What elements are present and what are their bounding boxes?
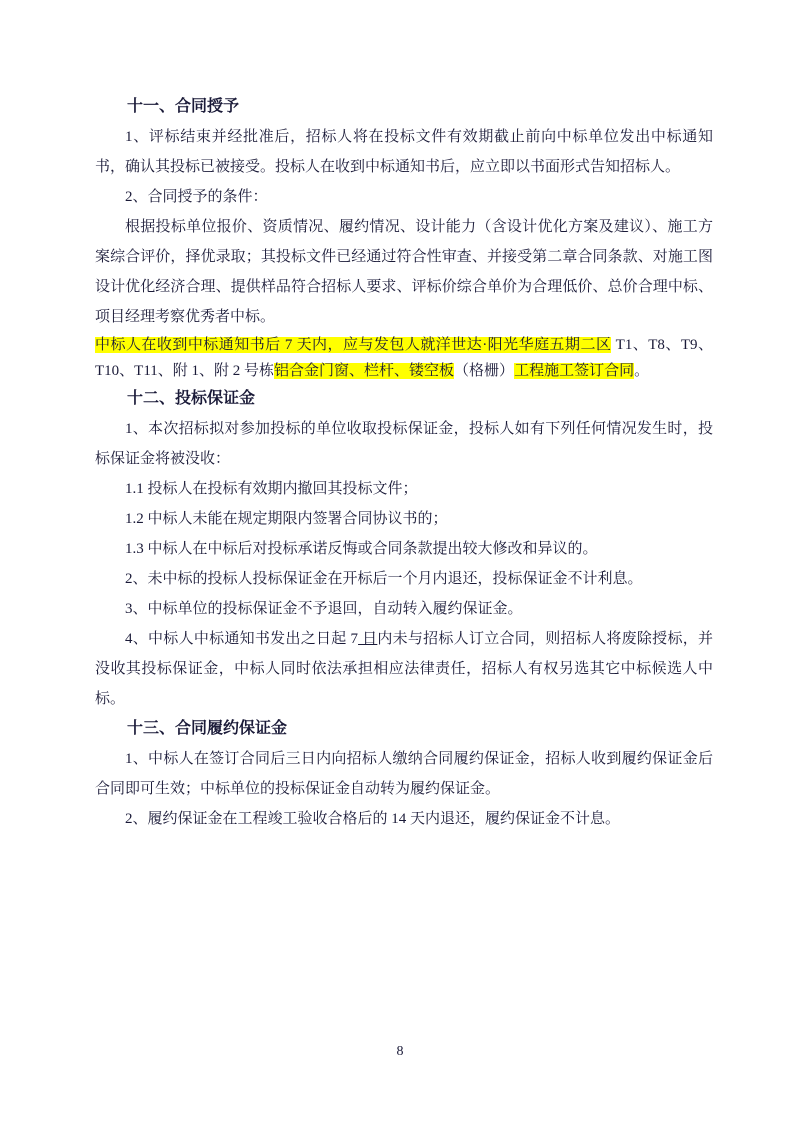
paragraph: 3、中标单位的投标保证金不予退回，自动转入履约保证金。: [95, 594, 713, 624]
underline-paragraph: 4、中标人中标通知书发出之日起 7 日内未与招标人订立合同，则招标人将废除授标，…: [95, 624, 713, 714]
highlight-segment: 铝合金门窗、栏杆、镂空板: [274, 363, 454, 379]
document-content: 十一、合同授予 1、评标结束并经批准后，招标人将在投标文件有效期截止前向中标单位…: [95, 92, 713, 834]
paragraph: 1、评标结束并经批准后，招标人将在投标文件有效期截止前向中标单位发出中标通知书，…: [95, 122, 713, 182]
section-heading-11: 十一、合同授予: [95, 92, 713, 122]
section-heading-12: 十二、投标保证金: [95, 384, 713, 414]
paragraph: 2、合同授予的条件：: [95, 182, 713, 212]
plain-segment: 。: [634, 363, 649, 379]
paragraph: 1、本次招标拟对参加投标的单位收取投标保证金，投标人如有下列任何情况发生时，投标…: [95, 414, 713, 474]
section-heading-13: 十三、合同履约保证金: [95, 714, 713, 744]
plain-segment: 4、中标人中标通知书发出之日起 7: [125, 631, 358, 647]
underlined-segment: 日: [358, 631, 377, 647]
paragraph: 2、未中标的投标人投标保证金在开标后一个月内退还，投标保证金不计利息。: [95, 564, 713, 594]
highlight-paragraph: 中标人在收到中标通知书后 7 天内，应与发包人就洋世达·阳光华庭五期二区 T1、…: [95, 332, 713, 384]
document-page: 十一、合同授予 1、评标结束并经批准后，招标人将在投标文件有效期截止前向中标单位…: [0, 0, 800, 1131]
paragraph: 2、履约保证金在工程竣工验收合格后的 14 天内退还，履约保证金不计息。: [95, 804, 713, 834]
page-number: 8: [0, 1044, 800, 1060]
highlight-segment: 工程施工签订合同: [514, 363, 634, 379]
paragraph: 1.3 中标人在中标后对投标承诺反悔或合同条款提出较大修改和异议的。: [95, 534, 713, 564]
paragraph: 根据投标单位报价、资质情况、履约情况、设计能力（含设计优化方案及建议）、施工方案…: [95, 212, 713, 332]
paragraph: 1.1 投标人在投标有效期内撤回其投标文件；: [95, 474, 713, 504]
paragraph: 1.2 中标人未能在规定期限内签署合同协议书的；: [95, 504, 713, 534]
paragraph: 1、中标人在签订合同后三日内向招标人缴纳合同履约保证金，招标人收到履约保证金后合…: [95, 744, 713, 804]
highlight-segment: 中标人在收到中标通知书后 7 天内，应与发包人就洋世达·阳光华庭五期二区: [95, 337, 611, 353]
plain-segment: （格栅）: [454, 363, 514, 379]
